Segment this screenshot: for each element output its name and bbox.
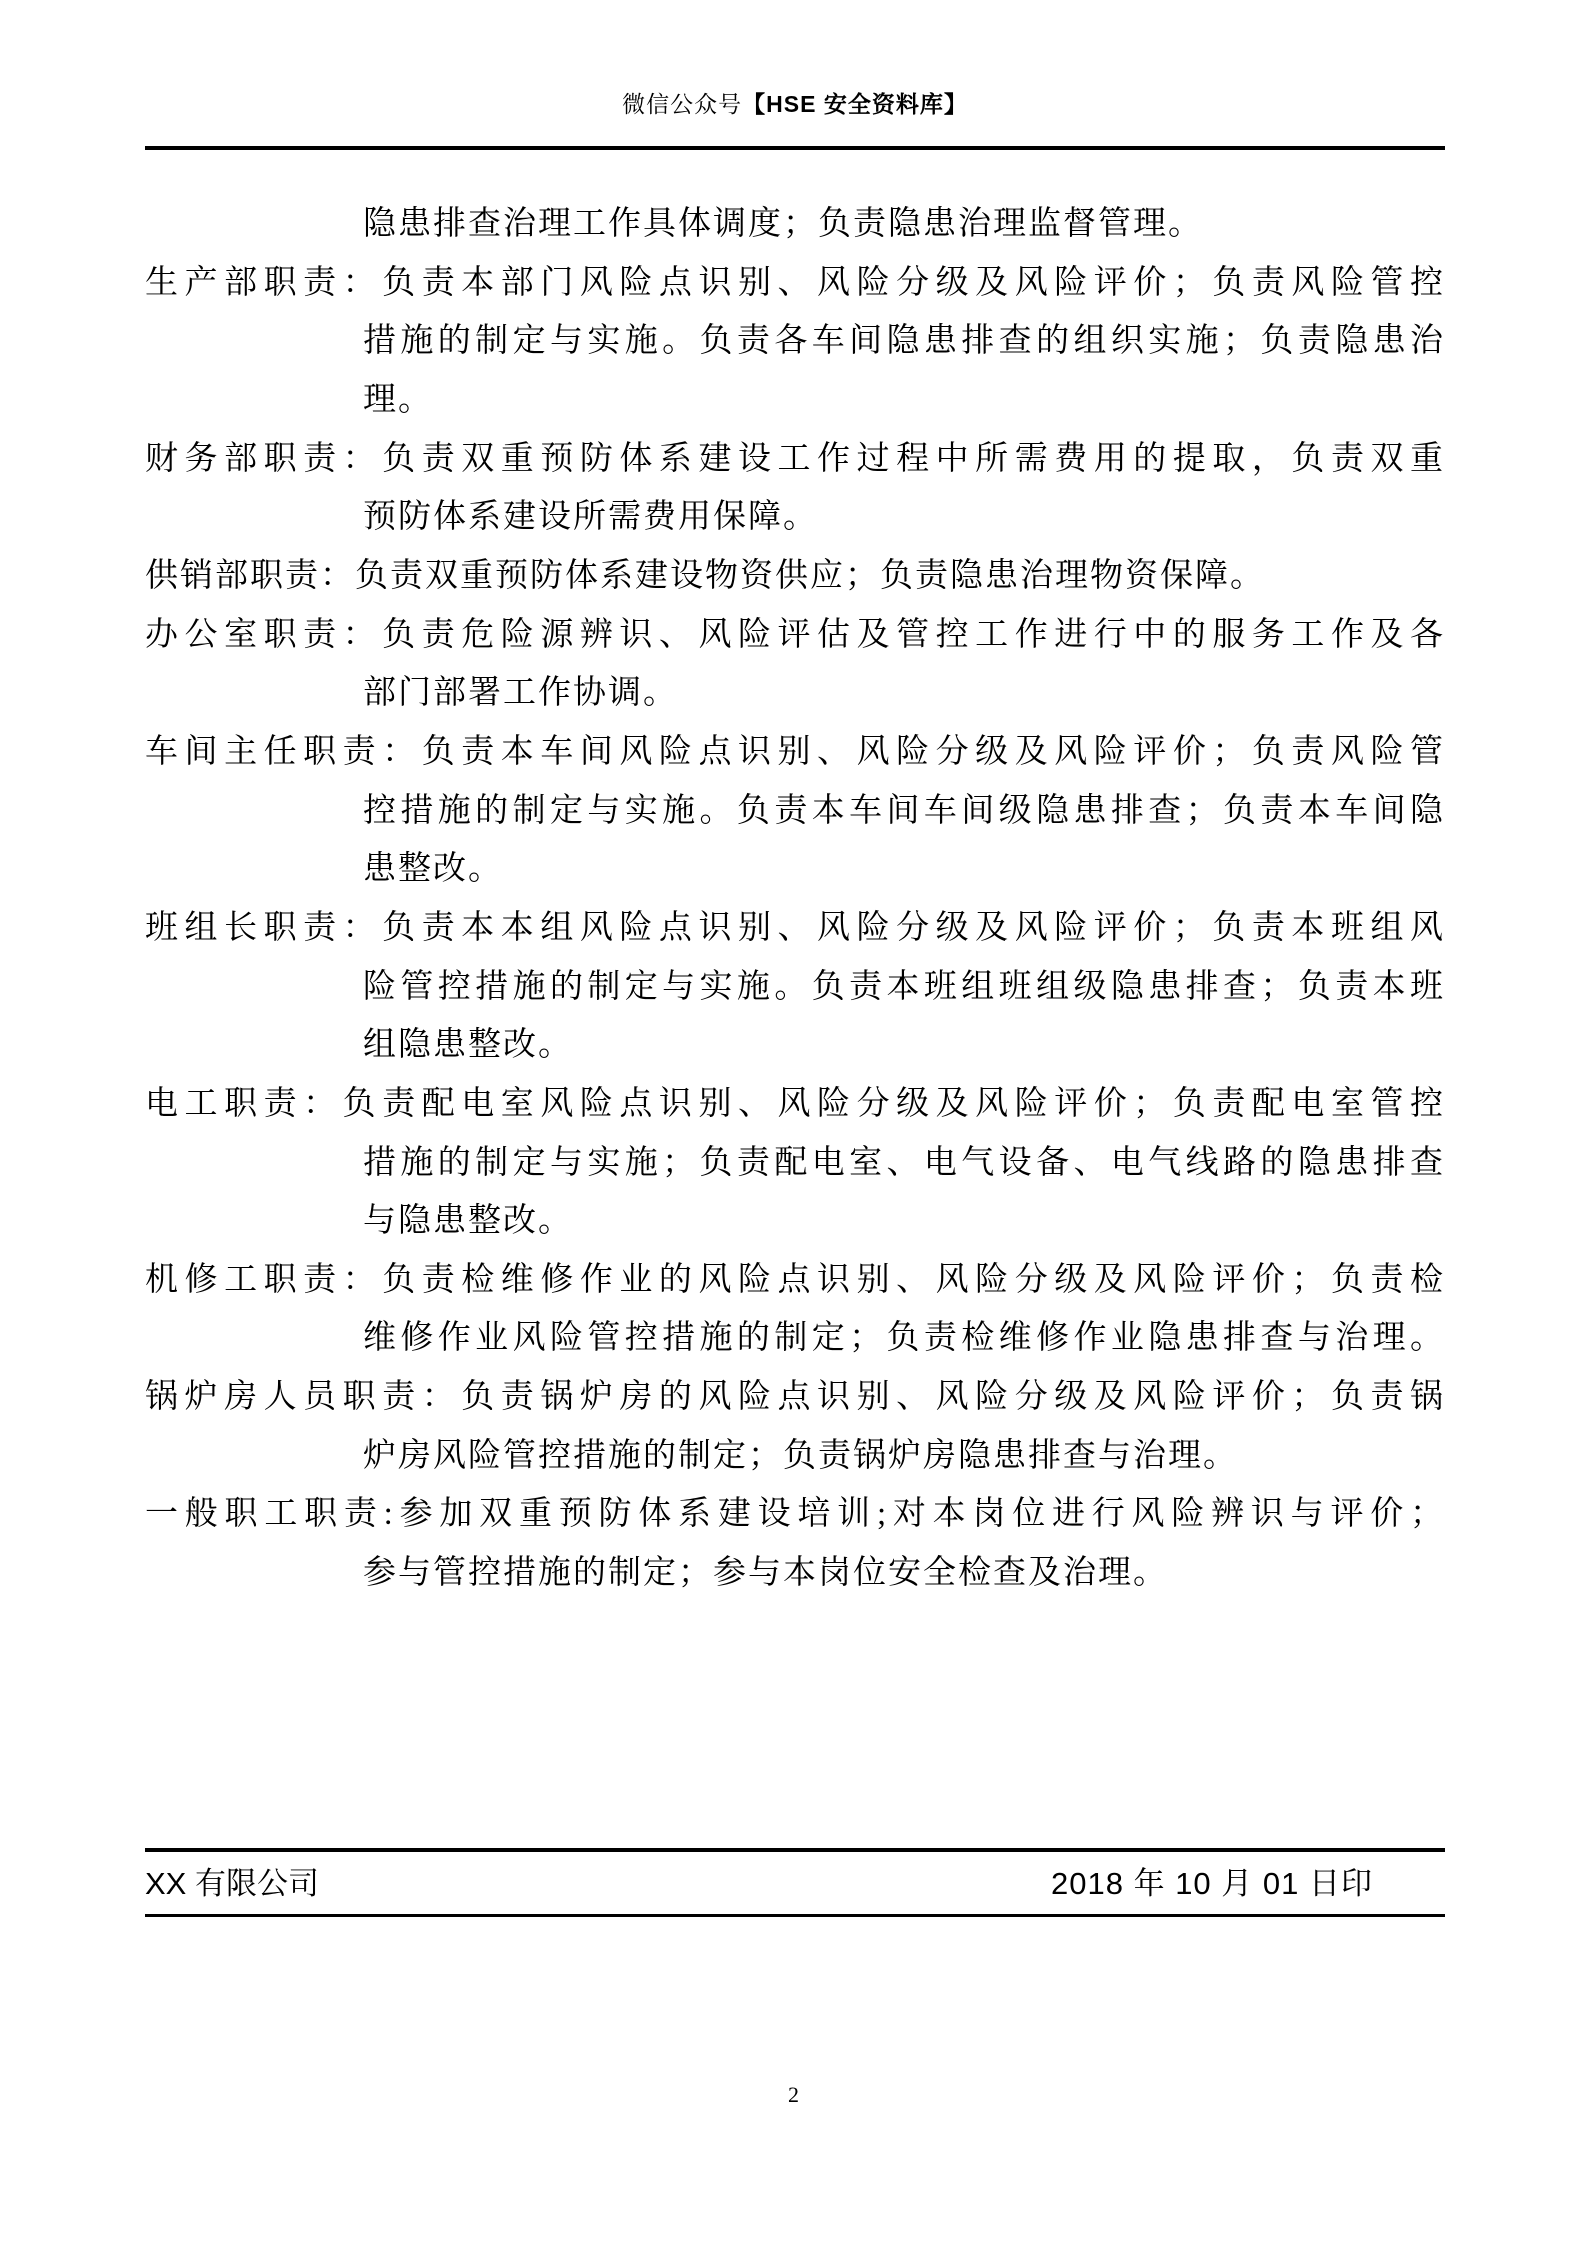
footer-company: XX 有限公司 — [145, 1862, 319, 1906]
body-line-18: 与隐患整改。 — [145, 1192, 1445, 1251]
body-line-20: 维修作业风险管控措施的制定；负责检维修作业隐患排查与治理。 — [145, 1309, 1445, 1368]
body-line-10: 车间主任职责：负责本车间风险点识别、风险分级及风险评价；负责风险管 — [145, 723, 1445, 782]
body-line-5: 财务部职责：负责双重预防体系建设工作过程中所需费用的提取，负责双重 — [145, 430, 1445, 489]
body-line-15: 组隐患整改。 — [145, 1016, 1445, 1075]
header-rule — [145, 146, 1445, 150]
body-line-9: 部门部署工作协调。 — [145, 664, 1445, 723]
body-line-14: 险管控措施的制定与实施。负责本班组班组级隐患排查；负责本班 — [145, 958, 1445, 1017]
footer-print-date: 2018 年 10 月 01 日印 — [1051, 1862, 1445, 1906]
body-line-22: 炉房风险管控措施的制定；负责锅炉房隐患排查与治理。 — [145, 1427, 1445, 1486]
body-line-16: 电工职责：负责配电室风险点识别、风险分级及风险评价；负责配电室管控 — [145, 1075, 1445, 1134]
body-line-19: 机修工职责：负责检维修作业的风险点识别、风险分级及风险评价；负责检 — [145, 1251, 1445, 1310]
body-line-2: 生产部职责：负责本部门风险点识别、风险分级及风险评价；负责风险管控 — [145, 254, 1445, 313]
body-line-13: 班组长职责：负责本本组风险点识别、风险分级及风险评价；负责本班组风 — [145, 899, 1445, 958]
body-line-12: 患整改。 — [145, 840, 1445, 899]
document-body: 隐患排查治理工作具体调度；负责隐患治理监督管理。 生产部职责：负责本部门风险点识… — [145, 195, 1445, 1603]
body-line-7: 供销部职责：负责双重预防体系建设物资供应；负责隐患治理物资保障。 — [145, 547, 1445, 606]
document-page: 微信公众号【HSE 安全资料库】 隐患排查治理工作具体调度；负责隐患治理监督管理… — [0, 0, 1587, 2245]
body-line-17: 措施的制定与实施；负责配电室、电气设备、电气线路的隐患排查 — [145, 1134, 1445, 1193]
body-line-4: 理。 — [145, 371, 1445, 430]
header-brand: 【HSE 安全资料库】 — [742, 91, 968, 117]
body-line-3: 措施的制定与实施。负责各车间隐患排查的组织实施；负责隐患治 — [145, 312, 1445, 371]
header-prefix: 微信公众号 — [622, 91, 742, 117]
body-line-11: 控措施的制定与实施。负责本车间车间级隐患排查；负责本车间隐 — [145, 782, 1445, 841]
body-line-8: 办公室职责：负责危险源辨识、风险评估及管控工作进行中的服务工作及各 — [145, 606, 1445, 665]
body-line-6: 预防体系建设所需费用保障。 — [145, 488, 1445, 547]
footer-rule-bottom — [145, 1914, 1445, 1917]
body-line-23: 一般职工职责:参加双重预防体系建设培训;对本岗位进行风险辨识与评价； — [145, 1485, 1445, 1544]
page-number: 2 — [0, 2082, 1587, 2108]
page-header: 微信公众号【HSE 安全资料库】 — [145, 90, 1445, 118]
body-line-1: 隐患排查治理工作具体调度；负责隐患治理监督管理。 — [145, 195, 1445, 254]
body-line-24: 参与管控措施的制定；参与本岗位安全检查及治理。 — [145, 1544, 1445, 1603]
body-line-21: 锅炉房人员职责：负责锅炉房的风险点识别、风险分级及风险评价；负责锅 — [145, 1368, 1445, 1427]
page-footer: XX 有限公司 2018 年 10 月 01 日印 — [145, 1862, 1445, 1906]
footer-rule-top — [145, 1848, 1445, 1852]
